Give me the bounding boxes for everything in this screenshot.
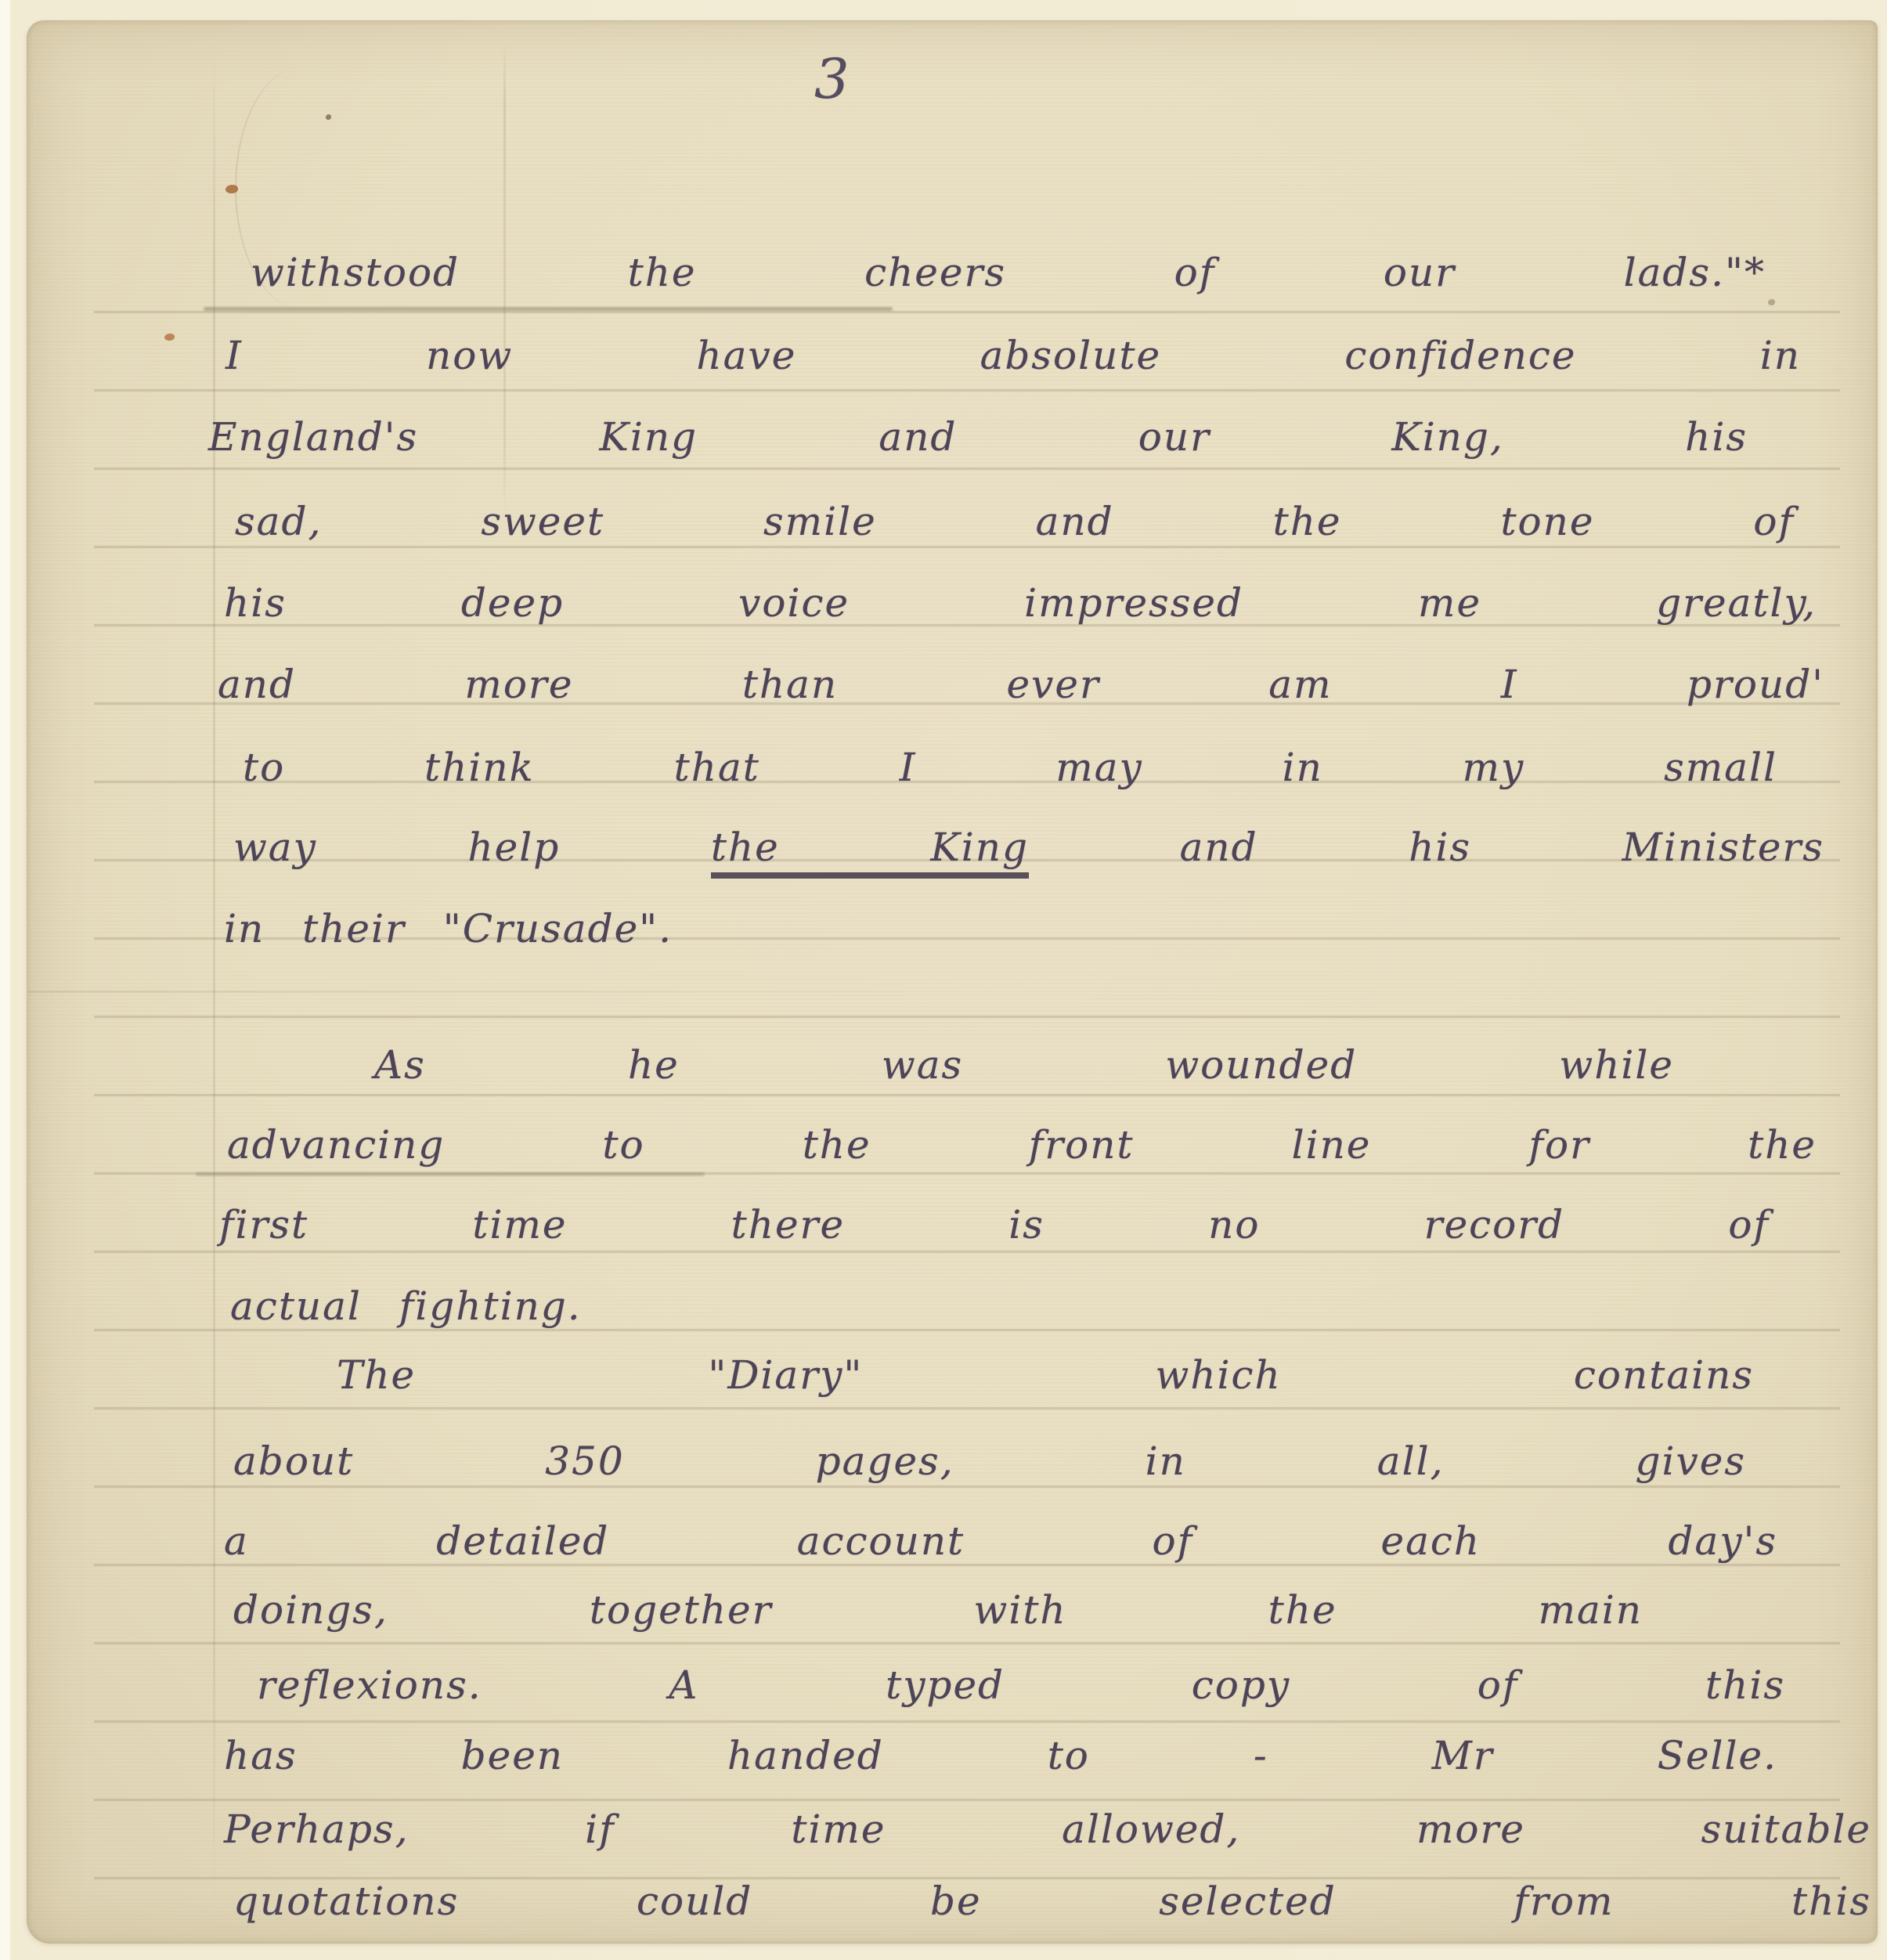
foxing-spot — [326, 114, 331, 120]
handwritten-line: Perhaps, if time allowed, more suitable — [224, 1806, 1871, 1853]
foxing-spot — [1768, 299, 1775, 305]
handwritten-line: and more than ever am I proud' — [218, 661, 1824, 708]
handwritten-line: doings, together with the main — [233, 1586, 1643, 1633]
handwritten-line: quotations could be selected from this — [233, 1878, 1871, 1925]
handwritten-line: his deep voice impressed me greatly, — [224, 579, 1817, 626]
handwritten-line: actual fighting. — [230, 1283, 731, 1330]
handwritten-line: I now have absolute confidence in — [226, 332, 1801, 379]
handwritten-line: has been handed to - Mr Selle. — [224, 1732, 1777, 1779]
page-number: 3 — [814, 47, 850, 111]
handwritten-line: way help the King and his Ministers — [233, 824, 1824, 871]
foxing-spot — [164, 334, 175, 341]
handwritten-line: withstood the cheers of our lads."* — [251, 249, 1766, 296]
scanned-letter-page: { "page": { "number": "3" }, "letter": {… — [0, 0, 1887, 1960]
handwritten-line: advancing to the front line for the — [227, 1121, 1817, 1168]
line-segment: way help — [233, 825, 560, 870]
handwritten-line: sad, sweet smile and the tone of — [235, 498, 1795, 545]
foxing-spot — [226, 185, 238, 193]
underlined-text: the King — [711, 825, 1029, 879]
handwritten-line: about 350 pages, in all, gives — [233, 1438, 1746, 1485]
paper-crease — [28, 991, 905, 993]
handwritten-line: to think that I may in my small — [243, 744, 1777, 791]
handwritten-line: As he was wounded while — [374, 1041, 1674, 1088]
handwritten-line: reflexions. A typed copy of this — [257, 1662, 1785, 1709]
handwritten-line: first time there is no record of — [219, 1201, 1770, 1248]
handwritten-line: The "Diary" which contains — [337, 1352, 1754, 1399]
handwritten-line: in their "Crusade". — [224, 905, 929, 952]
rule-smudge — [196, 1172, 705, 1176]
paper-crease — [213, 47, 215, 1911]
handwritten-line: a detailed account of each day's — [224, 1518, 1777, 1565]
line-segment: and his Ministers — [1180, 825, 1824, 870]
handwritten-line: England's King and our King, his — [208, 413, 1748, 460]
